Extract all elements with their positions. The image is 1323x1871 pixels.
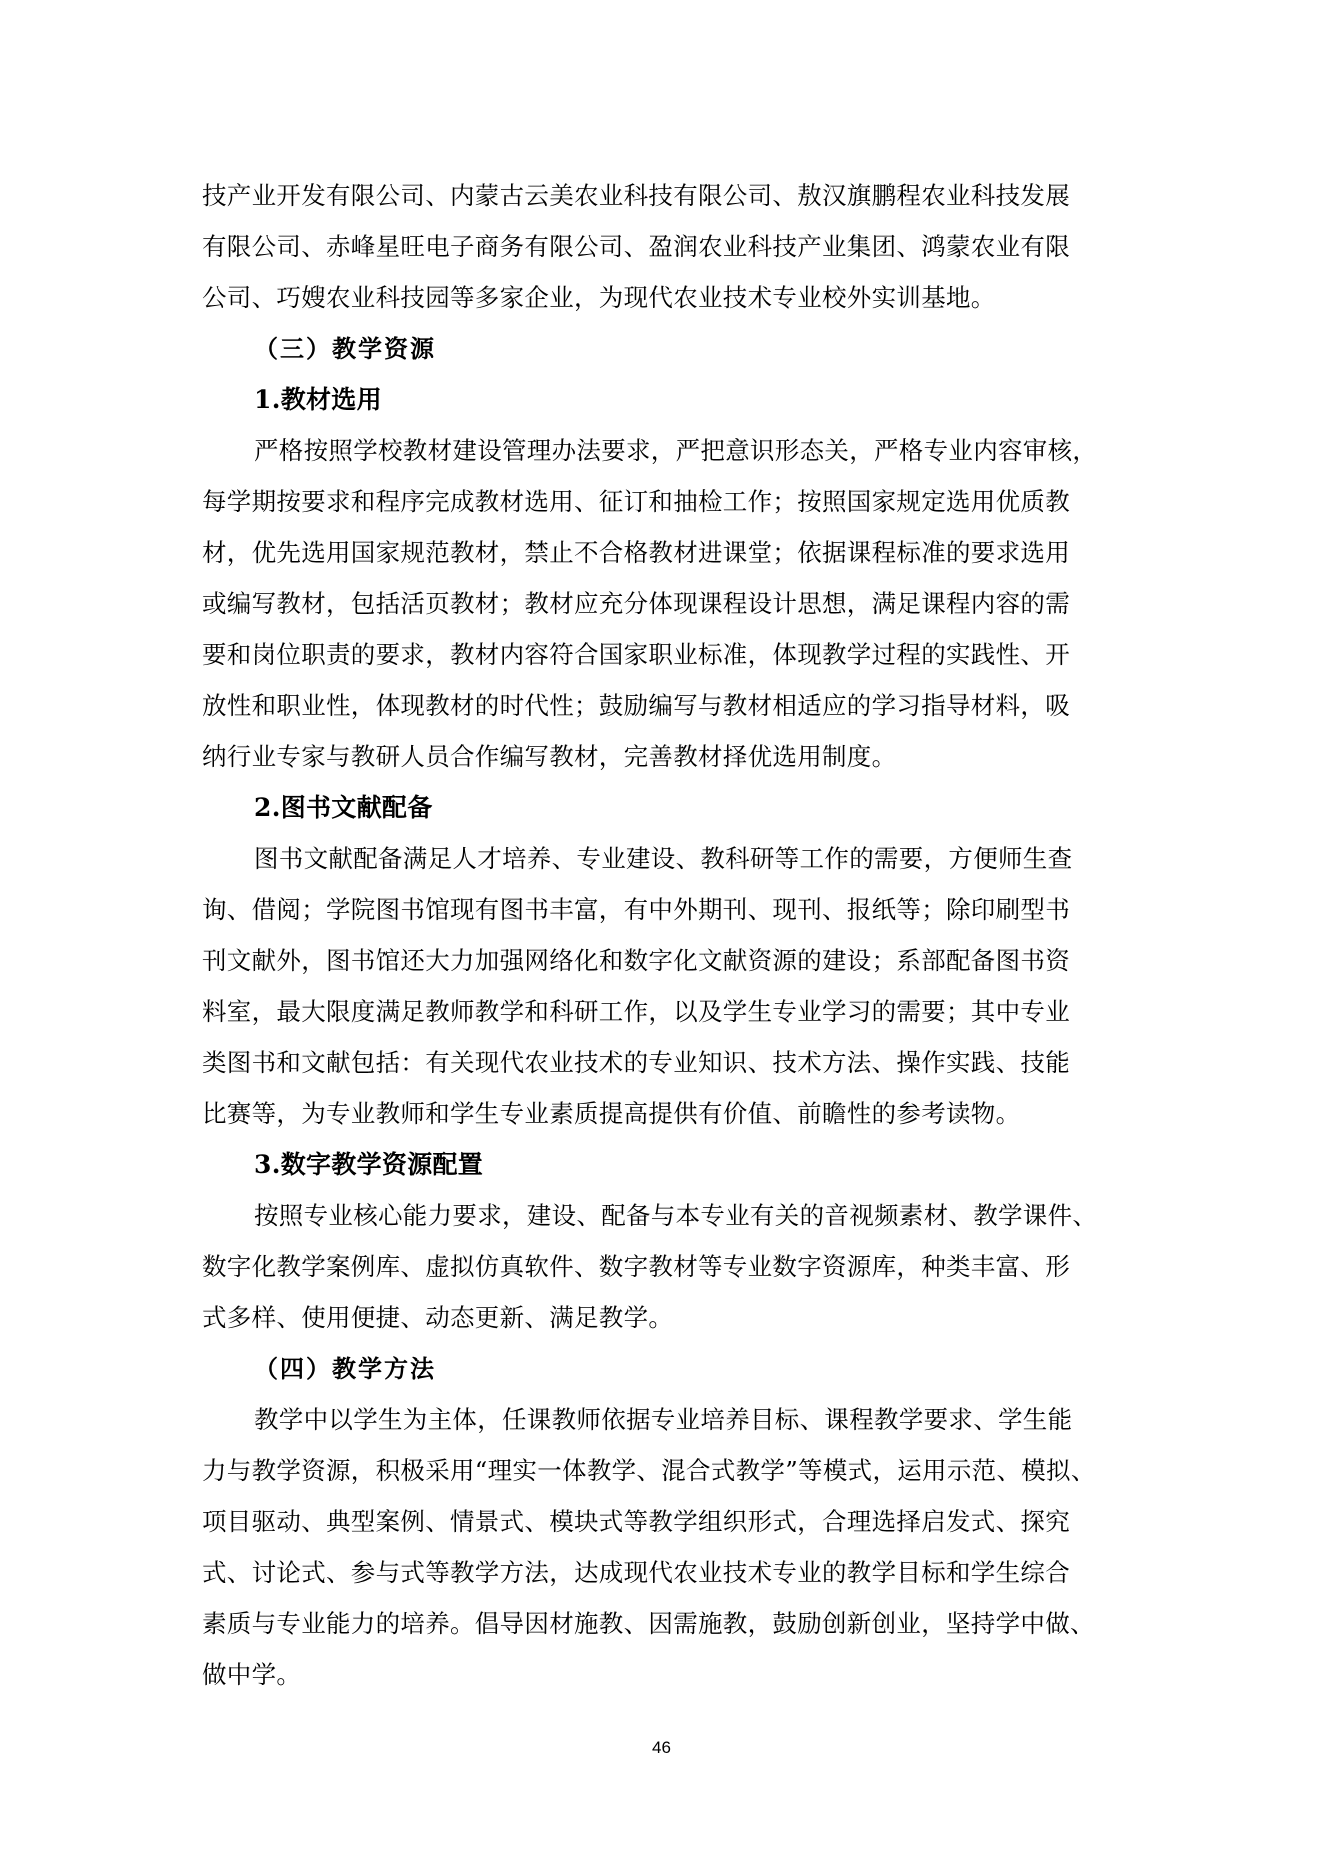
text-line: 料室，最大限度满足教师教学和科研工作，以及学生专业学习的需要；其中专业: [202, 986, 1132, 1037]
paragraph-practice-bases: 技产业开发有限公司、内蒙古云美农业科技有限公司、敖汉旗鹏程农业科技发展 有限公司…: [202, 170, 1132, 323]
section-heading-teaching-methods: （四）教学方法: [202, 1343, 1132, 1394]
paragraph-teaching-methods: 教学中以学生为主体，任课教师依据专业培养目标、课程教学要求、学生能 力与教学资源…: [202, 1394, 1132, 1700]
text-line: 纳行业专家与教研人员合作编写教材，完善教材择优选用制度。: [202, 731, 1132, 782]
paragraph-digital-resources: 按照专业核心能力要求，建设、配备与本专业有关的音视频素材、教学课件、 数字化教学…: [202, 1190, 1132, 1343]
text-line: 材，优先选用国家规范教材，禁止不合格教材进课堂；依据课程标准的要求选用: [202, 527, 1132, 578]
paragraph-textbook-selection: 严格按照学校教材建设管理办法要求，严把意识形态关，严格专业内容审核， 每学期按要…: [202, 425, 1132, 782]
text-line: 式多样、使用便捷、动态更新、满足教学。: [202, 1292, 1132, 1343]
subheading-textbook-selection: 1.教材选用: [202, 374, 1132, 425]
text-line: 数字化教学案例库、虚拟仿真软件、数字教材等专业数字资源库，种类丰富、形: [202, 1241, 1132, 1292]
text-line: 做中学。: [202, 1649, 1132, 1700]
text-line: 严格按照学校教材建设管理办法要求，严把意识形态关，严格专业内容审核，: [202, 425, 1132, 476]
text-line: 放性和职业性，体现教材的时代性；鼓励编写与教材相适应的学习指导材料，吸: [202, 680, 1132, 731]
subheading-digital-resources: 3.数字教学资源配置: [202, 1139, 1132, 1190]
text-line: 图书文献配备满足人才培养、专业建设、教科研等工作的需要，方便师生查: [202, 833, 1132, 884]
section-heading-teaching-resources: （三）教学资源: [202, 323, 1132, 374]
text-line: 技产业开发有限公司、内蒙古云美农业科技有限公司、敖汉旗鹏程农业科技发展: [202, 170, 1132, 221]
text-line: 力与教学资源，积极采用“理实一体教学、混合式教学”等模式，运用示范、模拟、: [202, 1445, 1132, 1496]
document-page-body: 技产业开发有限公司、内蒙古云美农业科技有限公司、敖汉旗鹏程农业科技发展 有限公司…: [202, 170, 1132, 1700]
text-line: 每学期按要求和程序完成教材选用、征订和抽检工作；按照国家规定选用优质教: [202, 476, 1132, 527]
text-line: 类图书和文献包括：有关现代农业技术的专业知识、技术方法、操作实践、技能: [202, 1037, 1132, 1088]
text-line: 公司、巧嫂农业科技园等多家企业，为现代农业技术专业校外实训基地。: [202, 272, 1132, 323]
text-line: 或编写教材，包括活页教材；教材应充分体现课程设计思想，满足课程内容的需: [202, 578, 1132, 629]
text-line: 项目驱动、典型案例、情景式、模块式等教学组织形式，合理选择启发式、探究: [202, 1496, 1132, 1547]
paragraph-library-resources: 图书文献配备满足人才培养、专业建设、教科研等工作的需要，方便师生查 询、借阅；学…: [202, 833, 1132, 1139]
text-line: 式、讨论式、参与式等教学方法，达成现代农业技术专业的教学目标和学生综合: [202, 1547, 1132, 1598]
subheading-library-resources: 2.图书文献配备: [202, 782, 1132, 833]
text-line: 按照专业核心能力要求，建设、配备与本专业有关的音视频素材、教学课件、: [202, 1190, 1132, 1241]
text-line: 询、借阅；学院图书馆现有图书丰富，有中外期刊、现刊、报纸等；除印刷型书: [202, 884, 1132, 935]
text-line: 素质与专业能力的培养。倡导因材施教、因需施教，鼓励创新创业，坚持学中做、: [202, 1598, 1132, 1649]
page-number: 46: [0, 1738, 1323, 1758]
text-line: 要和岗位职责的要求，教材内容符合国家职业标准，体现教学过程的实践性、开: [202, 629, 1132, 680]
text-line: 有限公司、赤峰星旺电子商务有限公司、盈润农业科技产业集团、鸿蒙农业有限: [202, 221, 1132, 272]
text-line: 比赛等，为专业教师和学生专业素质提高提供有价值、前瞻性的参考读物。: [202, 1088, 1132, 1139]
text-line: 教学中以学生为主体，任课教师依据专业培养目标、课程教学要求、学生能: [202, 1394, 1132, 1445]
text-line: 刊文献外，图书馆还大力加强网络化和数字化文献资源的建设；系部配备图书资: [202, 935, 1132, 986]
